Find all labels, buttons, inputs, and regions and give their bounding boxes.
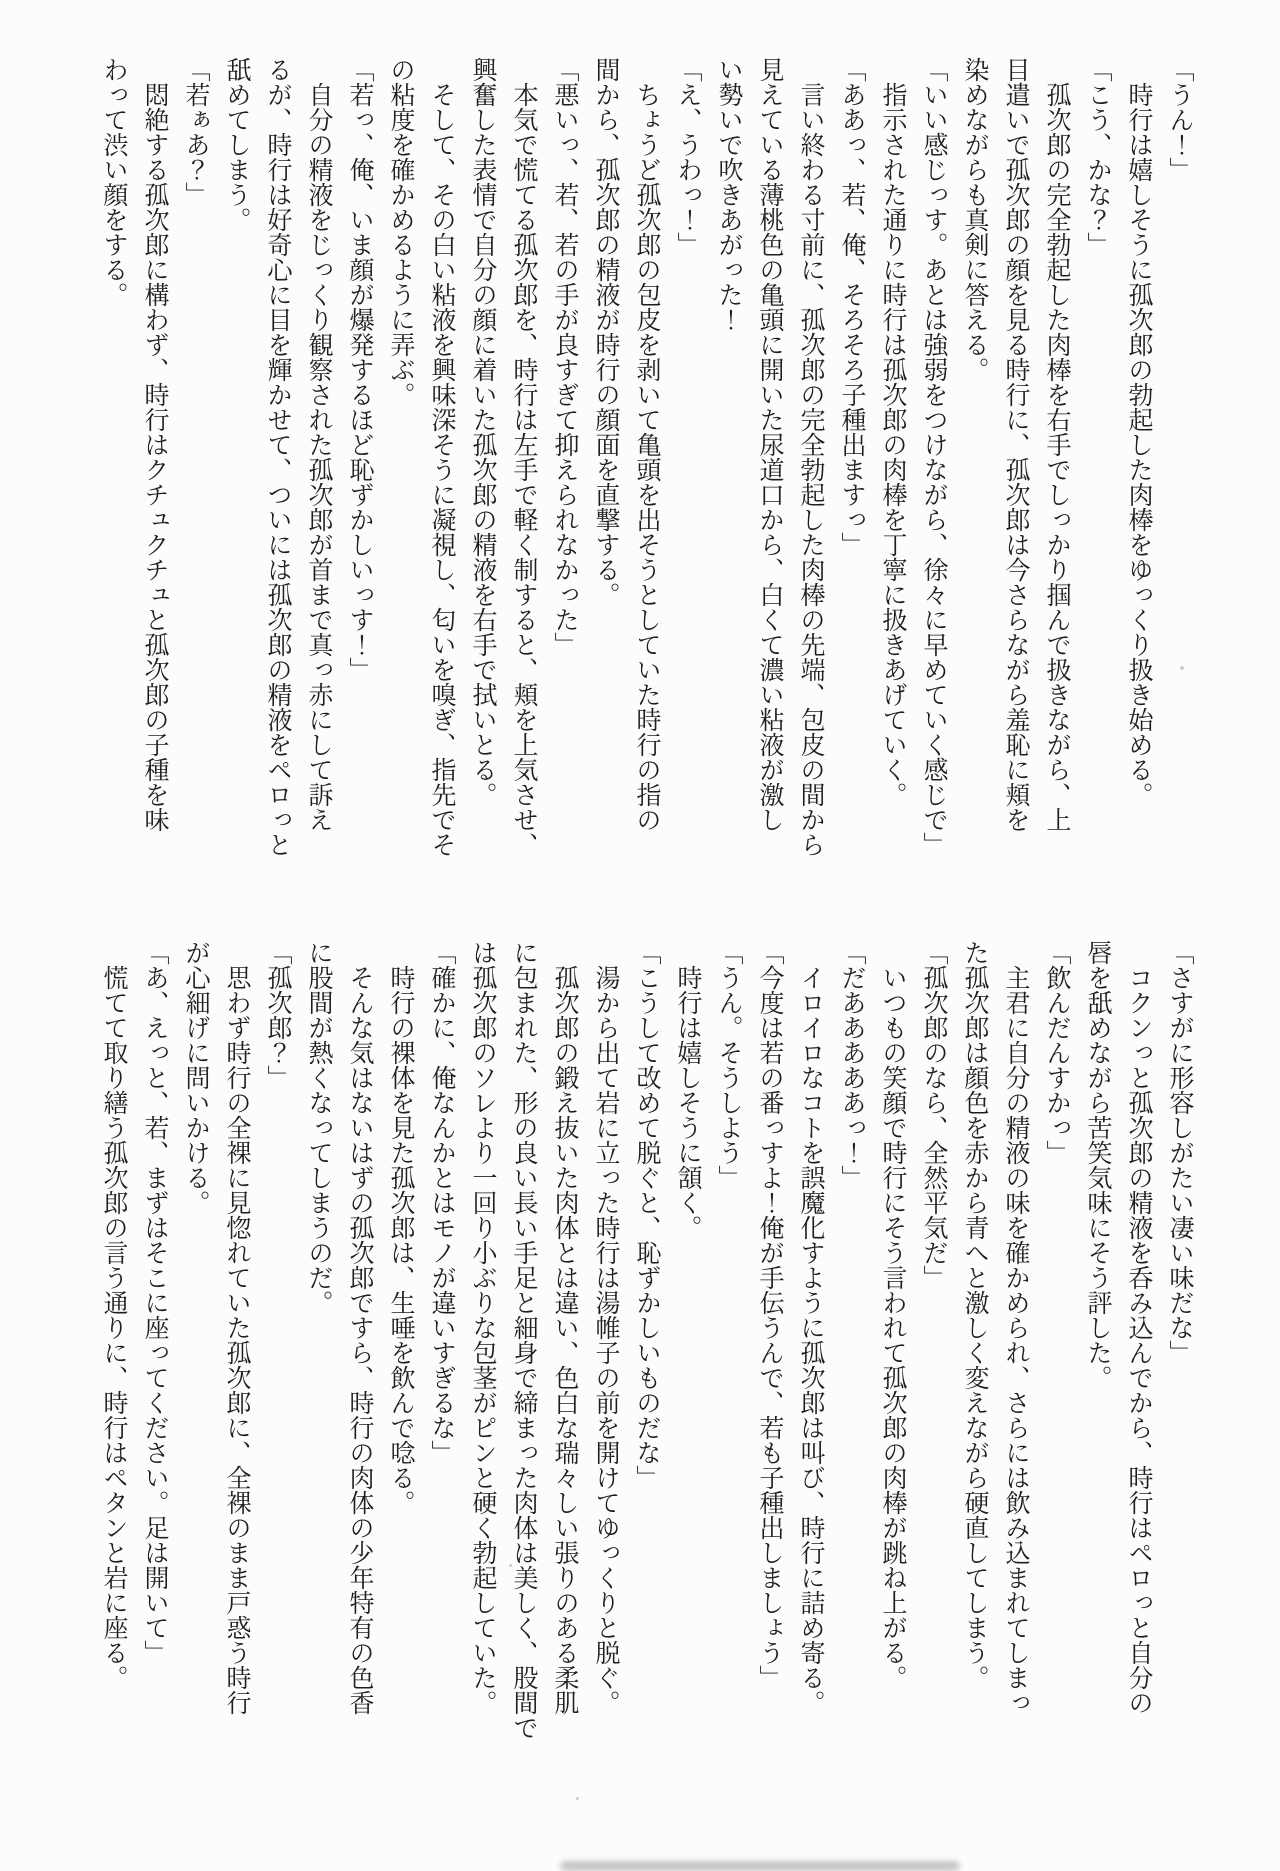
text-column: 見えている薄桃色の亀頭に開いた尿道口から、白くて濃い粘液が激し xyxy=(750,57,791,869)
text-column: 主君に自分の精液の味を確かめられ、さらには飲み込まれてしまっ xyxy=(996,940,1037,1752)
scanned-novel-page: 「うん！」 時行は嬉しそうに孤次郎の勃起した肉棒をゆっくり扱き始める。「こう、か… xyxy=(0,0,1280,1871)
text-column: た孤次郎は顔色を赤から青へと激しく変えながら硬直してしまう。 xyxy=(955,940,996,1752)
text-column: 「今度は若の番っすよ！俺が手伝うんで、若も子種出しましょう」 xyxy=(750,940,791,1752)
text-column: そして、その白い粘液を興味深そうに凝視し、匂いを嗅ぎ、指先でそ xyxy=(422,57,463,869)
text-column: に股間が熱くなってしまうのだ。 xyxy=(299,940,340,1752)
text-block-top: 「うん！」 時行は嬉しそうに孤次郎の勃起した肉棒をゆっくり扱き始める。「こう、か… xyxy=(94,57,1201,869)
text-column: わって渋い顔をする。 xyxy=(94,57,135,869)
text-column: 「悪いっ、若、若の手が良すぎて抑えられなかった」 xyxy=(545,57,586,869)
text-column: 「孤次郎？」 xyxy=(258,940,299,1752)
text-block-bottom: 「さすがに形容しがたい凄い味だな」 コクンっと孤次郎の精液を呑み込んでから、時行… xyxy=(94,940,1201,1752)
text-column: 時行は嬉しそうに頷く。 xyxy=(668,940,709,1752)
text-column: 「さすがに形容しがたい凄い味だな」 xyxy=(1160,940,1201,1752)
text-column: 「若っ、俺、いま顔が爆発するほど恥ずかしいっす！」 xyxy=(340,57,381,869)
text-column: が心細げに問いかける。 xyxy=(176,940,217,1752)
text-column: 間から、孤次郎の精液が時行の顔面を直撃する。 xyxy=(586,57,627,869)
text-column: 唇を舐めながら苦笑気味にそう評した。 xyxy=(1078,940,1119,1752)
text-column: 「あ、えっと、若、まずはそこに座ってください。足は開いて」 xyxy=(135,940,176,1752)
text-column: 「こうして改めて脱ぐと、恥ずかしいものだな」 xyxy=(627,940,668,1752)
scan-artifact-smudge xyxy=(560,1861,960,1871)
text-column: は孤次郎のソレより一回り小ぶりな包茎がピンと硬く勃起していた。 xyxy=(463,940,504,1752)
text-column: に包まれた、形の良い長い手足と細身で締まった肉体は美しく、股間で xyxy=(504,940,545,1752)
text-column: 湯から出て岩に立った時行は湯帷子の前を開けてゆっくりと脱ぐ。 xyxy=(586,940,627,1752)
text-column: いつもの笑顔で時行にそう言われて孤次郎の肉棒が跳ね上がる。 xyxy=(873,940,914,1752)
text-column: 慌てて取り繕う孤次郎の言う通りに、時行はペタンと岩に座る。 xyxy=(94,940,135,1752)
text-column: 「うん。そうしよう」 xyxy=(709,940,750,1752)
text-column: 「いい感じっす。あとは強弱をつけながら、徐々に早めていく感じで」 xyxy=(914,57,955,869)
text-column: 目遣いで孤次郎の顔を見る時行に、孤次郎は今さらながら羞恥に頬を xyxy=(996,57,1037,869)
text-column: ちょうど孤次郎の包皮を剥いて亀頭を出そうとしていた時行の指の xyxy=(627,57,668,869)
scan-artifact-speck xyxy=(1180,666,1184,670)
text-column: 言い終わる寸前に、孤次郎の完全勃起した肉棒の先端、包皮の間から xyxy=(791,57,832,869)
scan-artifact-speck xyxy=(509,1564,512,1567)
text-column: 「こう、かな？」 xyxy=(1078,57,1119,869)
scan-artifact-speck xyxy=(576,1797,579,1800)
text-column: の粘度を確かめるように弄ぶ。 xyxy=(381,57,422,869)
text-column: 悶絶する孤次郎に構わず、時行はクチュクチュと孤次郎の子種を味 xyxy=(135,57,176,869)
text-column: イロイロなコトを誤魔化すように孤次郎は叫び、時行に詰め寄る。 xyxy=(791,940,832,1752)
text-column: 思わず時行の全裸に見惚れていた孤次郎に、全裸のまま戸惑う時行 xyxy=(217,940,258,1752)
text-column: 「だあああああっ！」 xyxy=(832,940,873,1752)
text-column: 「若ぁあ？」 xyxy=(176,57,217,869)
text-column: 「確かに、俺なんかとはモノが違いすぎるな」 xyxy=(422,940,463,1752)
text-column: そんな気はないはずの孤次郎ですら、時行の肉体の少年特有の色香 xyxy=(340,940,381,1752)
text-column: 「うん！」 xyxy=(1160,57,1201,869)
text-column: るが、時行は好奇心に目を輝かせて、ついには孤次郎の精液をペロっと xyxy=(258,57,299,869)
text-column: 本気で慌てる孤次郎を、時行は左手で軽く制すると、頬を上気させ、 xyxy=(504,57,545,869)
text-column: 舐めてしまう。 xyxy=(217,57,258,869)
text-column: 「孤次郎のなら、全然平気だ」 xyxy=(914,940,955,1752)
text-column: 「え、うわっ！」 xyxy=(668,57,709,869)
text-column: 染めながらも真剣に答える。 xyxy=(955,57,996,869)
text-column: 自分の精液をじっくり観察された孤次郎が首まで真っ赤にして訴え xyxy=(299,57,340,869)
text-column: コクンっと孤次郎の精液を呑み込んでから、時行はペロっと自分の xyxy=(1119,940,1160,1752)
text-column: 時行の裸体を見た孤次郎は、生唾を飲んで唸る。 xyxy=(381,940,422,1752)
text-column: 「ああっ、若、俺、そろそろ子種出ますっ」 xyxy=(832,57,873,869)
text-column: 興奮した表情で自分の顔に着いた孤次郎の精液を右手で拭いとる。 xyxy=(463,57,504,869)
text-column: 指示された通りに時行は孤次郎の肉棒を丁寧に扱きあげていく。 xyxy=(873,57,914,869)
text-column: い勢いで吹きあがった！ xyxy=(709,57,750,869)
text-column: 時行は嬉しそうに孤次郎の勃起した肉棒をゆっくり扱き始める。 xyxy=(1119,57,1160,869)
text-column: 孤次郎の鍛え抜いた肉体とは違い、色白な瑞々しい張りのある柔肌 xyxy=(545,940,586,1752)
text-column: 「飲んだんすかっ」 xyxy=(1037,940,1078,1752)
text-column: 孤次郎の完全勃起した肉棒を右手でしっかり掴んで扱きながら、上 xyxy=(1037,57,1078,869)
